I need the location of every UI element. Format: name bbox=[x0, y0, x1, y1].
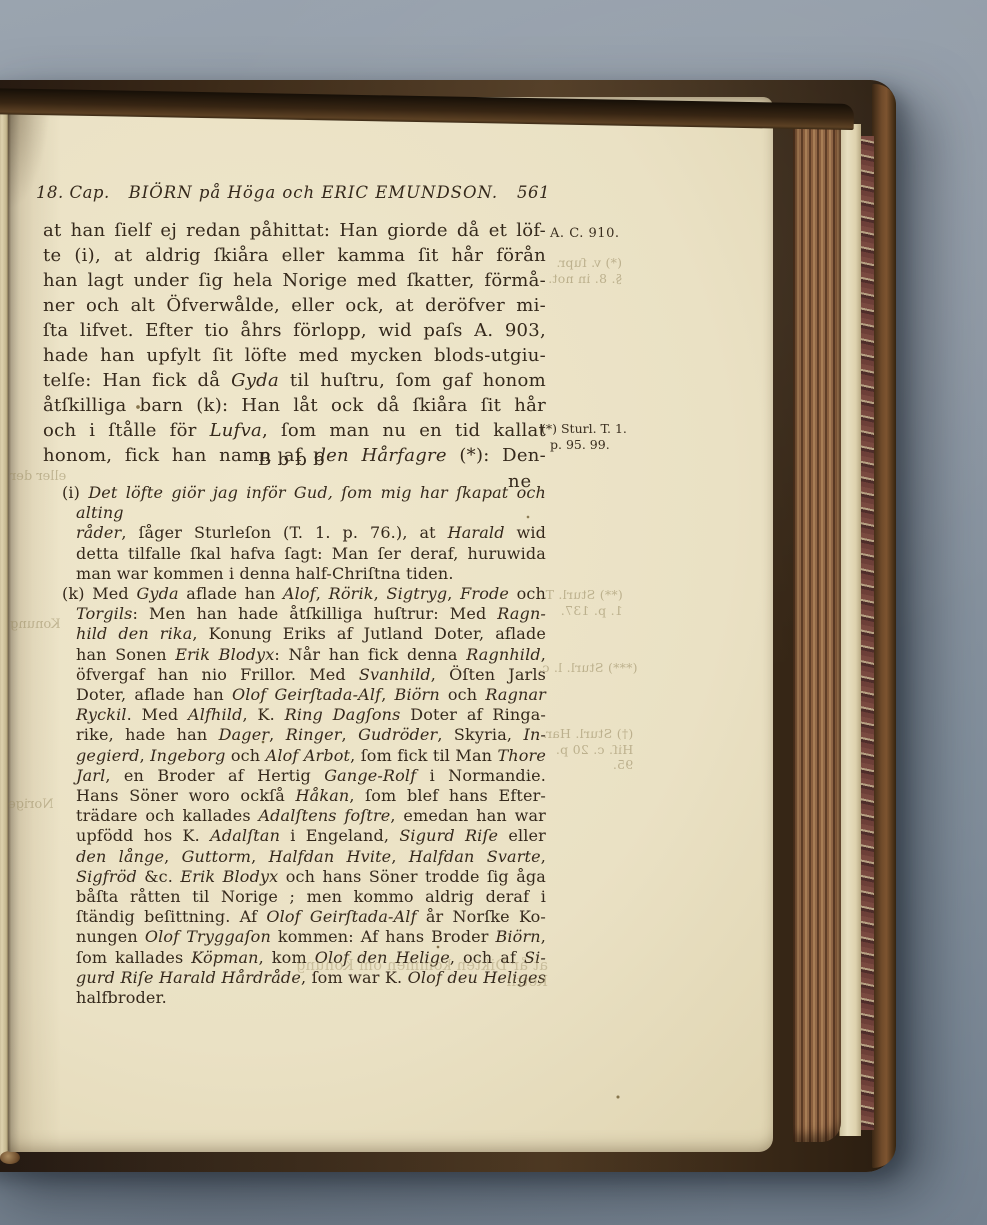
book-cover-edge bbox=[872, 84, 896, 1168]
flyleaf-edge bbox=[839, 124, 861, 1136]
book-page: 18. Cap. BIÖRN på Höga och ERIC EMUNDSON… bbox=[8, 97, 773, 1152]
bleedthrough-fragment-2: Konung bbox=[10, 617, 61, 632]
bleedthrough-note-4: (†) Sturl. Har.Hiſ. c. 20 p.95. bbox=[543, 726, 633, 773]
bleedthrough-note-3: (***) Sturl. l. c. bbox=[538, 660, 637, 676]
photo-background: 18. Cap. BIÖRN på Höga och ERIC EMUNDSON… bbox=[0, 0, 987, 1225]
bleedthrough-note-2: (**) Sturl. T.1. p. 137. bbox=[543, 587, 623, 618]
chapter-number: 18. Cap. bbox=[36, 183, 110, 202]
bleedthrough-note-1: (*) v. ſupr.§. 8. in not. bbox=[548, 255, 622, 286]
running-title: BIÖRN på Höga och ERIC EMUNDSON. bbox=[110, 183, 517, 202]
bleedthrough-fragment-3: Norige bbox=[8, 797, 54, 812]
headband bbox=[0, 1151, 20, 1164]
book: 18. Cap. BIÖRN på Höga och ERIC EMUNDSON… bbox=[0, 80, 896, 1172]
page-number: 561 bbox=[517, 183, 550, 202]
bleedthrough-fragment-1: eller der bbox=[10, 469, 66, 484]
body-text: at han ſielf ej redan påhittat: Han gior… bbox=[43, 218, 546, 468]
marbled-endpaper-edge bbox=[859, 136, 874, 1130]
margin-note-year: A. C. 910. bbox=[550, 226, 620, 241]
signature-line: Bbbb ne bbox=[43, 449, 546, 470]
bleedthrough-line-bottom: at år Dikten kommen om Konung Kettil bbox=[258, 959, 548, 990]
footnotes: (i) Det löfte giör jag inför Gud, ſom mi… bbox=[62, 483, 546, 1008]
page-header: 18. Cap. BIÖRN på Höga och ERIC EMUNDSON… bbox=[36, 183, 550, 202]
margin-note-reference: (*) Sturl. T. 1.p. 95. 99. bbox=[541, 421, 627, 453]
page-fore-edge bbox=[793, 114, 841, 1142]
signature-mark: Bbbb bbox=[43, 449, 546, 470]
